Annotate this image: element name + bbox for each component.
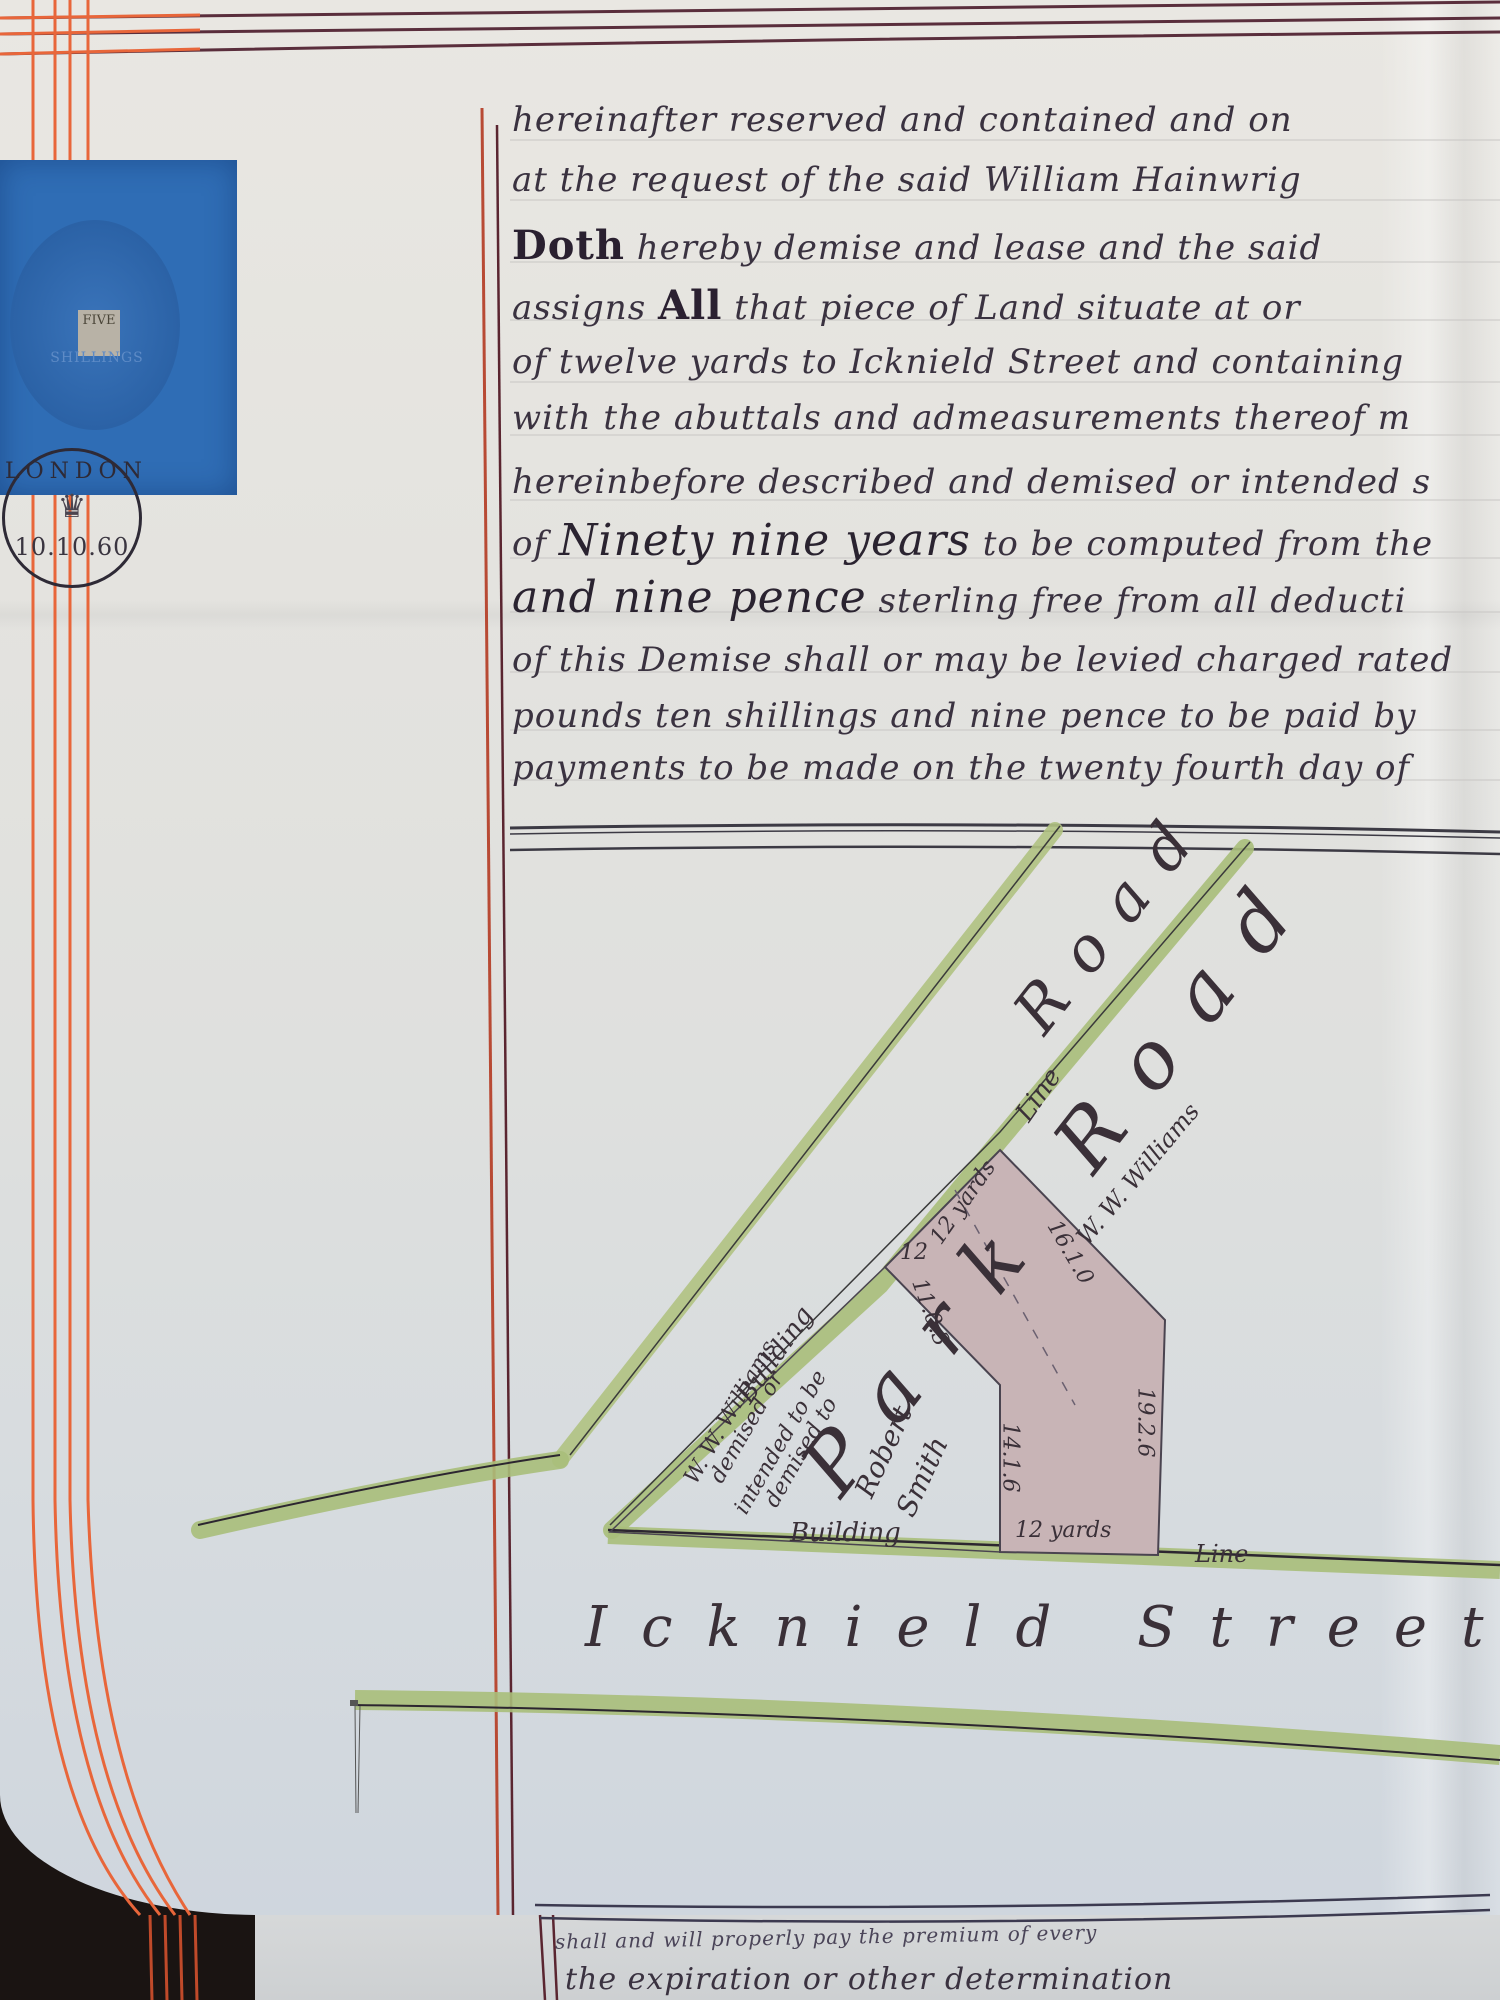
text-line-3-rest: hereby demise and lease and the said (637, 228, 1323, 268)
text-line-3: Doth hereby demise and lease and the sai… (512, 222, 1322, 269)
text-line-7: hereinbefore described and demised or in… (512, 462, 1431, 502)
text-line-6: with the abuttals and admeasurements the… (512, 398, 1411, 438)
label-building-bottom: Building (790, 1518, 901, 1548)
gothic-word-all: All (658, 282, 722, 329)
postmark-city: LONDON (5, 459, 139, 484)
text-line-9: and nine pence sterling free from all de… (512, 572, 1406, 623)
label-icknield-street: Icknield Street (585, 1595, 1500, 1660)
postmark: LONDON ♛ 10.10.60 (2, 448, 142, 588)
revenue-stamp: FIVE SHILLINGS (0, 160, 237, 495)
text-line-2: at the request of the said William Hainw… (512, 160, 1302, 200)
gothic-word-doth: Doth (512, 222, 625, 269)
dim-side-left-lower: 14.1.6 (997, 1423, 1022, 1493)
text-line-8-of: of (512, 524, 547, 564)
text-line-1: hereinafter reserved and contained and o… (512, 100, 1293, 140)
text-line-8-rest: to be computed from the (983, 524, 1433, 564)
text-line-5: of twelve yards to Icknield Street and c… (512, 342, 1404, 382)
dim-side-right: 19.2.6 (1132, 1388, 1157, 1458)
dim-front-bottom: 12 yards (1015, 1518, 1111, 1543)
text-line-12: payments to be made on the twenty fourth… (512, 748, 1410, 788)
text-line-4: assigns All that piece of Land situate a… (512, 282, 1301, 329)
crown-icon: ♛ (50, 489, 94, 523)
text-line-11: pounds ten shillings and nine pence to b… (512, 696, 1416, 736)
label-line-bottom: Line (1195, 1540, 1248, 1568)
term-years: Ninety nine years (559, 515, 971, 566)
postmark-date: 10.10.60 (5, 533, 139, 561)
text-line-8: of Ninety nine years to be computed from… (512, 515, 1433, 566)
text-line-4-rest: that piece of Land situate at or (734, 288, 1300, 328)
dim-corner-top: 12 (900, 1240, 928, 1265)
text-line-9-rest: sterling free from all deducti (879, 581, 1407, 621)
rent-pence: and nine pence (512, 572, 867, 623)
text-line-4-prefix: assigns (512, 288, 646, 328)
footer-line-2: the expiration or other determination (565, 1962, 1173, 1997)
text-line-10: of this Demise shall or may be levied ch… (512, 640, 1453, 680)
stamp-caption: SHILLINGS (22, 350, 172, 366)
